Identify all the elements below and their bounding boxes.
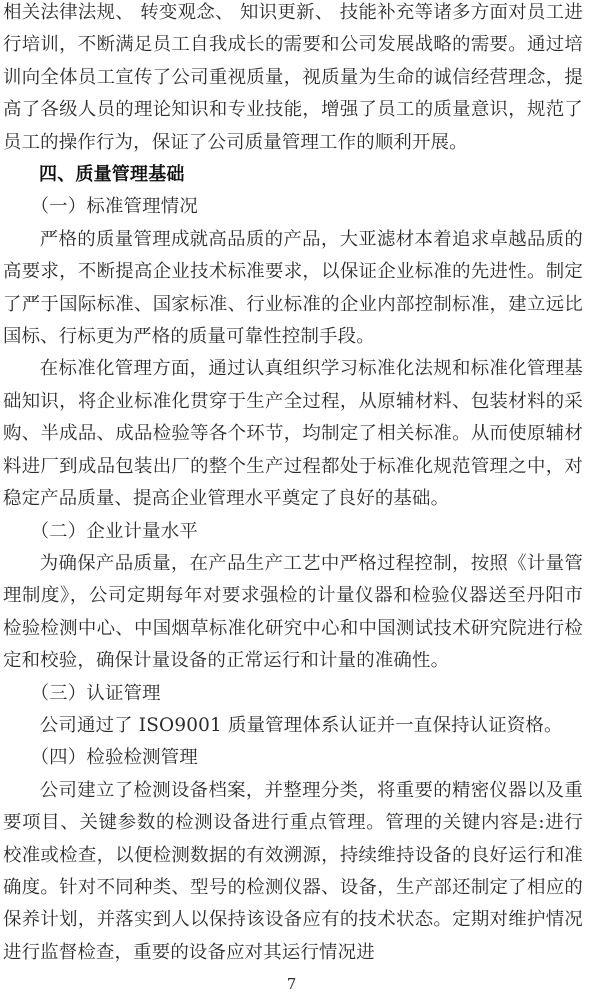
subheading-standard-management: （一）标准管理情况 [3, 191, 583, 223]
paragraph-certification: 公司通过了 ISO9001 质量管理体系认证并一直保持认证资格。 [3, 710, 583, 742]
subheading-metrology-level: （二）企业计量水平 [3, 516, 583, 548]
subheading-inspection-testing: （四）检验检测管理 [3, 742, 583, 774]
paragraph-inspection-testing: 公司建立了检测设备档案，并整理分类，将重要的精密仪器以及重要项目、关键参数的检测… [3, 775, 583, 969]
page-number: 7 [0, 975, 583, 993]
document-page: 相关法律法规、 转变观念、 知识更新、 技能补充等诸多方面对员工进行培训，不断满… [3, 0, 583, 969]
paragraph-training-continuation: 相关法律法规、 转变观念、 知识更新、 技能补充等诸多方面对员工进行培训，不断满… [3, 0, 583, 159]
section-heading-quality-foundation: 四、质量管理基础 [3, 159, 583, 191]
paragraph-metrology: 为确保产品质量，在产品生产工艺中严格过程控制，按照《计量管理制度》，公司定期每年… [3, 548, 583, 678]
paragraph-standardization: 在标准化管理方面，通过认真组织学习标准化法规和标准化管理基础知识，将企业标准化贯… [3, 353, 583, 515]
subheading-certification: （三）认证管理 [3, 678, 583, 710]
paragraph-strict-quality: 严格的质量管理成就高品质的产品，大亚滤材本着追求卓越品质的高要求，不断提高企业技… [3, 224, 583, 354]
